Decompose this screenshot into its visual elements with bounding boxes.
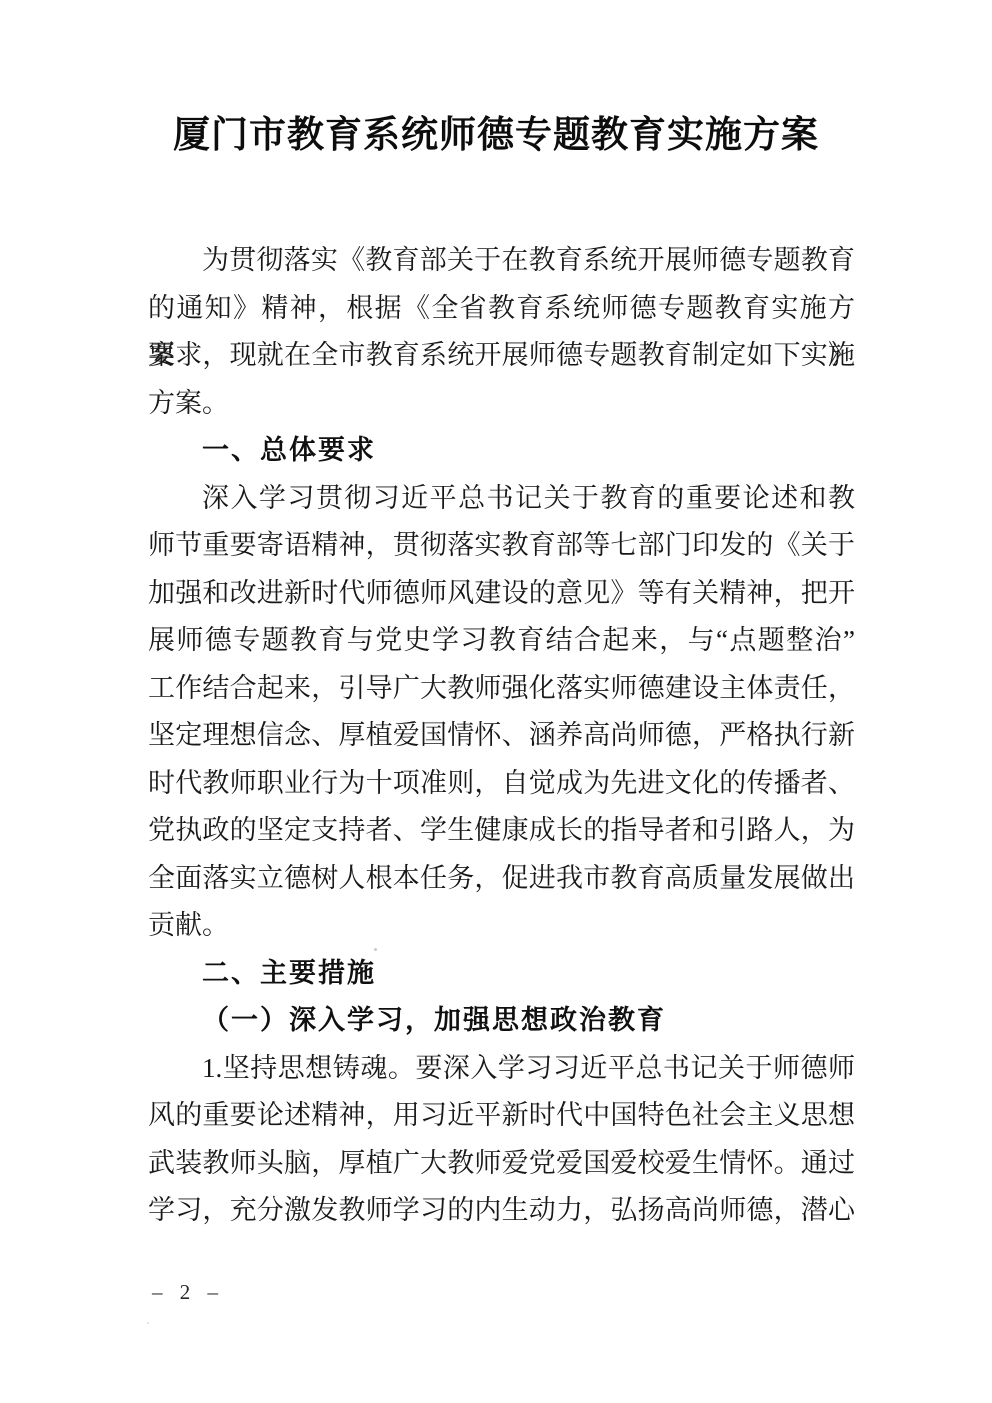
text-line: 武装教师头脑，厚植广大教师爱党爱国爱校爱生情怀。通过 [148,1140,855,1188]
text-line: 贡献。 [148,902,855,950]
scan-speck [374,948,377,951]
scan-speck [147,1322,149,1324]
page-number: – 2 – [152,1272,224,1312]
text-line: 时代教师职业行为十项准则，自觉成为先进文化的传播者、 [148,760,855,808]
text-line: 1.坚持思想铸魂。要深入学习习近平总书记关于师德师 [148,1045,855,1093]
text-line: 加强和改进新时代师德师风建设的意见》等有关精神，把开 [148,570,855,618]
text-line: 学习，充分激发教师学习的内生动力，弘扬高尚师德，潜心 [148,1187,855,1235]
subsection-heading-study: （一）深入学习，加强思想政治教育 [148,997,855,1045]
scan-speck [391,1161,393,1163]
text-line: 党执政的坚定支持者、学生健康成长的指导者和引路人，为 [148,807,855,855]
text-line: 的通知》精神，根据《全省教育系统师德专题教育实施方案》 [148,285,855,333]
text-line: 全面落实立德树人根本任务，促进我市教育高质量发展做出 [148,855,855,903]
text-line: 深入学习贯彻习近平总书记关于教育的重要论述和教 [148,475,855,523]
section-heading-measures: 二、主要措施 [148,950,855,998]
document-body: 为贯彻落实《教育部关于在教育系统开展师德专题教育 的通知》精神，根据《全省教育系… [148,237,855,1235]
section-heading-overall: 一、总体要求 [148,427,855,475]
text-line: 要求，现就在全市教育系统开展师德专题教育制定如下实施 [148,332,855,380]
text-line: 工作结合起来，引导广大教师强化落实师德建设主体责任， [148,665,855,713]
text-line: 展师德专题教育与党史学习教育结合起来，与“点题整治” [148,617,855,665]
text-line: 师节重要寄语精神，贯彻落实教育部等七部门印发的《关于 [148,522,855,570]
text-line: 坚定理想信念、厚植爱国情怀、涵养高尚师德，严格执行新 [148,712,855,760]
text-line: 方案。 [148,380,855,428]
document-page: 厦门市教育系统师德专题教育实施方案 为贯彻落实《教育部关于在教育系统开展师德专题… [0,0,992,1403]
text-line: 风的重要论述精神，用习近平新时代中国特色社会主义思想 [148,1092,855,1140]
text-line: 为贯彻落实《教育部关于在教育系统开展师德专题教育 [148,237,855,285]
document-title: 厦门市教育系统师德专题教育实施方案 [0,0,992,164]
